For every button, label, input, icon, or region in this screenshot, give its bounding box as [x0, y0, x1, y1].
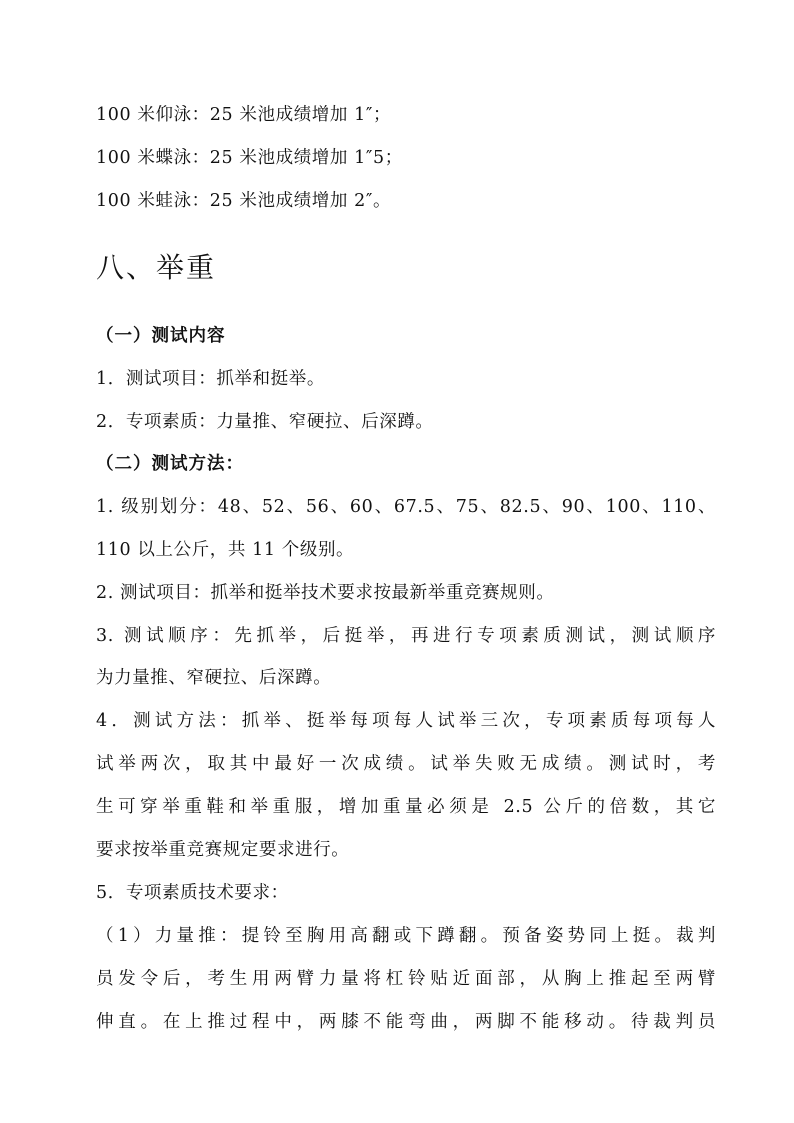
method-line-7: 试举两次，取其中最好一次成绩。试举失败无成绩。测试时，考 — [96, 752, 716, 776]
method-line-8: 生可穿举重鞋和举重服，增加重量必须是 2.5 公斤的倍数，其它 — [96, 795, 716, 819]
content-item-2: 2．专项素质：力量推、窄硬拉、后深蹲。 — [96, 410, 716, 434]
swim-note-butterfly: 100 米蝶泳：25 米池成绩增加 1″5； — [96, 146, 716, 170]
section-title: 八、举重 — [96, 250, 216, 286]
method-line-3: 2. 测试项目：抓举和挺举技术要求按最新举重竞赛规则。 — [96, 581, 716, 605]
method-line-12: 员发令后，考生用两臂力量将杠铃贴近面部，从胸上推起至两臂 — [96, 967, 716, 991]
content-heading: （一）测试内容 — [96, 324, 226, 348]
method-line-13: 伸直。在上推过程中，两膝不能弯曲，两脚不能移动。待裁判员 — [96, 1010, 716, 1034]
method-line-11: （1）力量推：提铃至胸用高翻或下蹲翻。预备姿势同上挺。裁判 — [96, 924, 716, 948]
method-line-5: 为力量推、窄硬拉、后深蹲。 — [96, 666, 716, 690]
method-heading: （二）测试方法： — [96, 452, 244, 476]
method-line-2: 110 以上公斤，共 11 个级别。 — [96, 538, 716, 562]
method-line-10: 5．专项素质技术要求： — [96, 881, 716, 905]
method-line-6: 4．测试方法：抓举、挺举每项每人试举三次，专项素质每项每人 — [96, 709, 716, 733]
method-line-9: 要求按举重竞赛规定要求进行。 — [96, 838, 716, 862]
method-line-4: 3. 测试顺序：先抓举，后挺举，再进行专项素质测试，测试顺序 — [96, 624, 716, 648]
content-item-1: 1．测试项目：抓举和挺举。 — [96, 367, 716, 391]
swim-note-breaststroke: 100 米蛙泳：25 米池成绩增加 2″。 — [96, 189, 716, 213]
document-page: 100 米仰泳：25 米池成绩增加 1″； 100 米蝶泳：25 米池成绩增加 … — [0, 0, 794, 1123]
method-line-1: 1. 级别划分：48、52、56、60、67.5、75、82.5、90、100、… — [96, 495, 716, 519]
swim-note-backstroke: 100 米仰泳：25 米池成绩增加 1″； — [96, 103, 716, 127]
